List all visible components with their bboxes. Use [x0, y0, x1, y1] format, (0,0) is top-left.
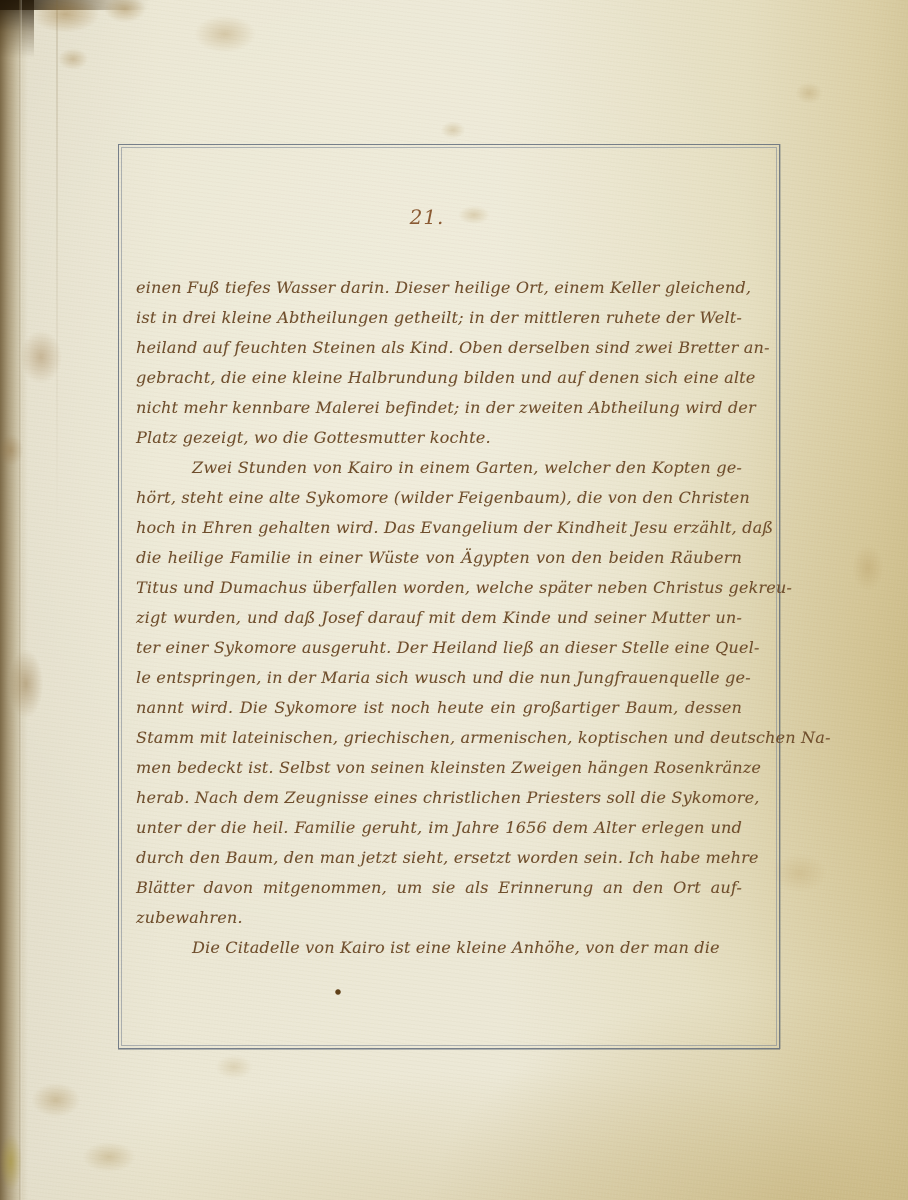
foxing-stain [72, 1136, 146, 1178]
manuscript-line: Stamm mit lateinischen, griechischen, ar… [136, 723, 742, 753]
manuscript-line: einen Fuß tiefes Wasser darin. Dieser he… [136, 273, 742, 303]
text-block: einen Fuß tiefes Wasser darin. Dieser he… [136, 273, 742, 963]
manuscript-line: Titus und Dumachus überfallen worden, we… [136, 573, 742, 603]
foxing-stain [846, 536, 890, 600]
binding-edge [0, 0, 28, 1200]
manuscript-line: Zwei Stunden von Kairo in einem Garten, … [136, 453, 742, 483]
manuscript-line: Blätter davon mitgenommen, um sie als Er… [136, 873, 742, 903]
paper-fold-line [56, 0, 58, 540]
manuscript-line: le entspringen, in der Maria sich wusch … [136, 663, 742, 693]
manuscript-page: 21. einen Fuß tiefes Wasser darin. Diese… [0, 0, 908, 1200]
gutter-crease [19, 0, 22, 1200]
page-number: 21. [377, 205, 477, 229]
manuscript-line: durch den Baum, den man jetzt sieht, ers… [136, 843, 742, 873]
manuscript-line: Platz gezeigt, wo die Gottesmutter kocht… [136, 423, 742, 453]
manuscript-line: unter der die heil. Familie geruht, im J… [136, 813, 742, 843]
manuscript-line: herab. Nach dem Zeugnisse eines christli… [136, 783, 742, 813]
manuscript-line: Die Citadelle von Kairo ist eine kleine … [136, 933, 742, 963]
foxing-stain [22, 1076, 90, 1124]
foxing-stain [436, 118, 470, 142]
foxing-stain [208, 1050, 260, 1084]
manuscript-line: zigt wurden, und daß Josef darauf mit de… [136, 603, 742, 633]
foxing-stain [52, 44, 94, 74]
manuscript-line: hoch in Ehren gehalten wird. Das Evangel… [136, 513, 742, 543]
manuscript-line: men bedeckt ist. Selbst von seinen klein… [136, 753, 742, 783]
foxing-stain [182, 8, 268, 60]
foxing-stain [790, 78, 828, 108]
manuscript-line: nannt wird. Die Sykomore ist noch heute … [136, 693, 742, 723]
manuscript-line: ist in drei kleine Abtheilungen getheilt… [136, 303, 742, 333]
manuscript-line: hört, steht eine alte Sykomore (wilder F… [136, 483, 742, 513]
ink-blot [335, 989, 341, 995]
binding-top-corner-shadow [0, 0, 34, 58]
manuscript-line: nicht mehr kennbare Malerei befindet; in… [136, 393, 742, 423]
manuscript-line: ter einer Sykomore ausgeruht. Der Heilan… [136, 633, 742, 663]
manuscript-line: gebracht, die eine kleine Halbrundung bi… [136, 363, 742, 393]
manuscript-line: zubewahren. [136, 903, 742, 933]
manuscript-line: die heilige Familie in einer Wüste von Ä… [136, 543, 742, 573]
manuscript-line: heiland auf feuchten Steinen als Kind. O… [136, 333, 742, 363]
